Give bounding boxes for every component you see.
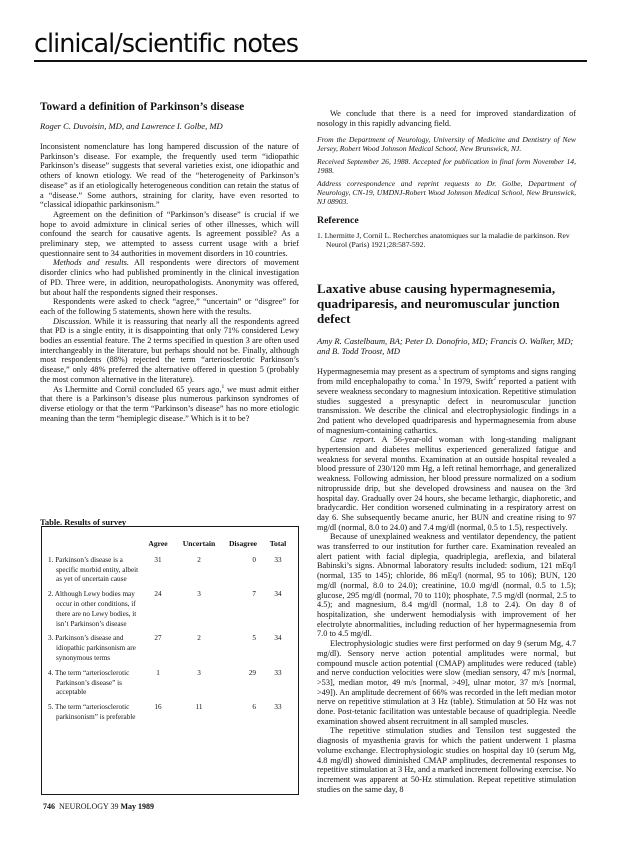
paragraph-text: A 56-year-old woman with long-standing m… — [317, 435, 576, 531]
statement-cell: 1. Parkinson’s disease is a specific mor… — [48, 556, 140, 590]
article2-paragraph: Case report. A 56-year-old woman with lo… — [317, 435, 576, 532]
received-date: Received September 26, 1988. Accepted fo… — [317, 157, 576, 175]
article1-title: Toward a definition of Parkinson’s disea… — [40, 101, 299, 114]
reference-heading: Reference — [317, 215, 576, 227]
header-total: Total — [264, 539, 292, 556]
paragraph-text: In 1979, Swift — [441, 377, 493, 386]
article2-paragraph: The repetitive stimulation studies and T… — [317, 726, 576, 794]
runin-heading: Methods and results. — [53, 258, 129, 267]
total-cell: 33 — [264, 703, 292, 728]
table-row: 5. The term “arteriosclerotic parkinsoni… — [48, 703, 292, 728]
table-row: 4. The term “arteriosclerotic Parkinson’… — [48, 669, 292, 703]
table-row: 3. Parkinson’s disease and idiopathic pa… — [48, 634, 292, 668]
uncertain-cell: 11 — [176, 703, 222, 728]
total-cell: 33 — [264, 556, 292, 590]
section-header: clinical/scientific notes — [34, 30, 298, 58]
article1-paragraph: Methods and results. All respondents wer… — [40, 258, 299, 297]
article1-paragraph: Agreement on the definition of “Parkinso… — [40, 210, 299, 259]
header-statement — [48, 539, 140, 556]
total-cell: 34 — [264, 634, 292, 668]
article1-conclusion: We conclude that there is a need for imp… — [317, 109, 576, 128]
table-header-row: Agree Uncertain Disagree Total — [48, 539, 292, 556]
statement-cell: 5. The term “arteriosclerotic parkinsoni… — [48, 703, 140, 728]
article1-paragraph: Respondents were asked to check “agree,”… — [40, 297, 299, 316]
article2-paragraph: Hypermagnesemia may present as a spectru… — [317, 367, 576, 435]
runin-heading: Discussion. — [53, 317, 92, 326]
article2-paragraph: Because of unexplained weakness and vent… — [317, 532, 576, 639]
article1-body: Inconsistent nomenclature has long hampe… — [40, 142, 299, 423]
affiliation: From the Department of Neurology, Univer… — [317, 135, 576, 153]
header-uncertain: Uncertain — [176, 539, 222, 556]
survey-table-box: Agree Uncertain Disagree Total 1. Parkin… — [41, 526, 299, 795]
agree-cell: 27 — [140, 634, 176, 668]
total-cell: 33 — [264, 669, 292, 703]
article2-body: Hypermagnesemia may present as a spectru… — [317, 367, 576, 794]
disagree-cell: 7 — [222, 590, 264, 634]
reference-item: 1. Lhermitte J, Cornil L. Recherches ana… — [317, 231, 576, 249]
agree-cell: 1 — [140, 669, 176, 703]
article1-paragraph: Discussion. While it is reassuring that … — [40, 317, 299, 385]
agree-cell: 31 — [140, 556, 176, 590]
paragraph-text: As Lhermitte and Cornil concluded 65 yea… — [53, 385, 222, 394]
header-disagree: Disagree — [222, 539, 264, 556]
survey-table: Agree Uncertain Disagree Total 1. Parkin… — [48, 539, 292, 728]
journal-name: NEUROLOGY — [59, 802, 108, 811]
uncertain-cell: 3 — [176, 669, 222, 703]
page-number: 746 — [43, 802, 55, 811]
article2-authors: Amy R. Castelbaum, BA; Peter D. Donofrio… — [317, 336, 576, 356]
article1-paragraph: Inconsistent nomenclature has long hampe… — [40, 142, 299, 210]
runin-heading: Case report. — [330, 435, 376, 444]
disagree-cell: 6 — [222, 703, 264, 728]
statement-cell: 4. The term “arteriosclerotic Parkinson’… — [48, 669, 140, 703]
article2-title: Laxative abuse causing hypermagnesemia, … — [317, 281, 576, 326]
correspondence: Address correspondence and reprint reque… — [317, 179, 576, 206]
disagree-cell: 29 — [222, 669, 264, 703]
journal-volume: 39 — [110, 802, 118, 811]
page-footer: 746 NEUROLOGY 39 May 1989 — [43, 802, 154, 812]
paragraph-text: While it is reassuring that nearly all t… — [40, 317, 299, 384]
table-row: 1. Parkinson’s disease is a specific mor… — [48, 556, 292, 590]
uncertain-cell: 2 — [176, 556, 222, 590]
issue-date: May 1989 — [120, 802, 154, 811]
agree-cell: 16 — [140, 703, 176, 728]
total-cell: 34 — [264, 590, 292, 634]
disagree-cell: 5 — [222, 634, 264, 668]
article2-paragraph: Electrophysiologic studies were first pe… — [317, 639, 576, 726]
disagree-cell: 0 — [222, 556, 264, 590]
article1-authors: Roger C. Duvoisin, MD, and Lawrence I. G… — [40, 121, 299, 131]
uncertain-cell: 3 — [176, 590, 222, 634]
uncertain-cell: 2 — [176, 634, 222, 668]
agree-cell: 24 — [140, 590, 176, 634]
right-column: We conclude that there is a need for imp… — [317, 109, 576, 794]
left-column: Toward a definition of Parkinson’s disea… — [40, 101, 299, 423]
statement-cell: 3. Parkinson’s disease and idiopathic pa… — [48, 634, 140, 668]
statement-cell: 2. Although Lewy bodies may occur in oth… — [48, 590, 140, 634]
header-rule — [34, 60, 587, 62]
article1-paragraph: As Lhermitte and Cornil concluded 65 yea… — [40, 385, 299, 424]
table-row: 2. Although Lewy bodies may occur in oth… — [48, 590, 292, 634]
header-agree: Agree — [140, 539, 176, 556]
